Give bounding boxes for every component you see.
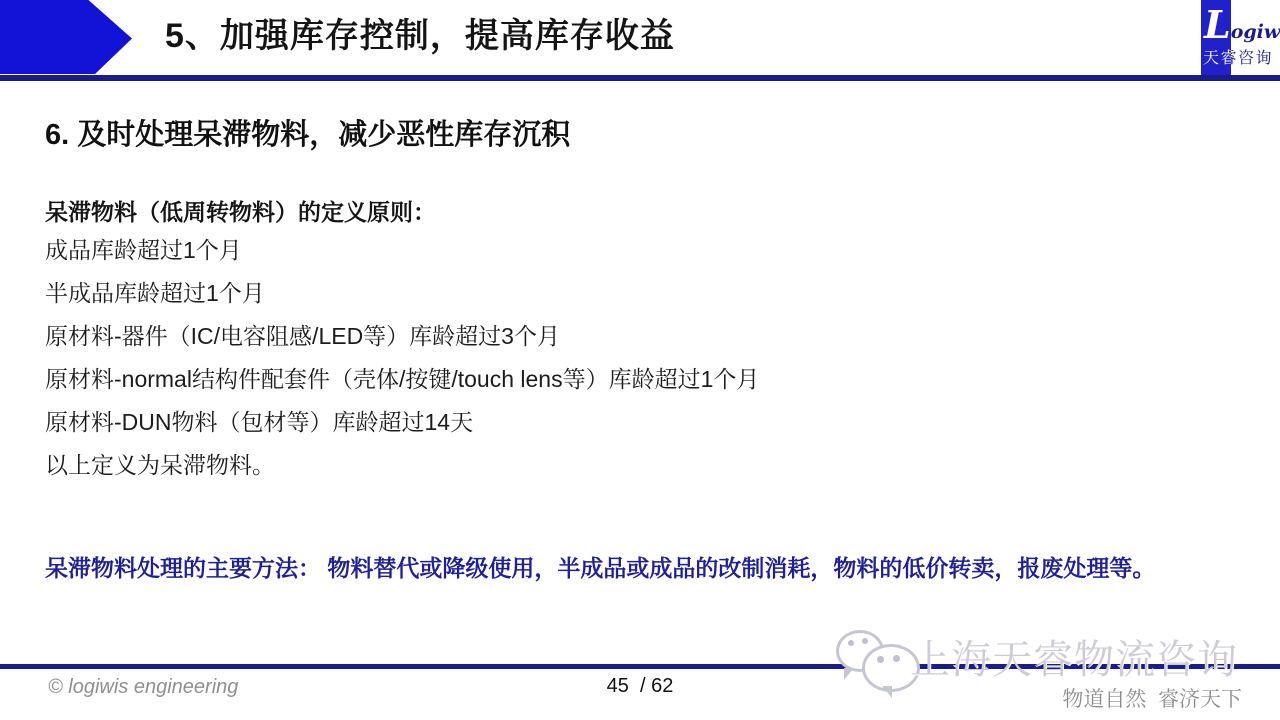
bubble-tail-icon [882,686,892,698]
definition-item: 原材料-器件（IC/电容阻感/LED等）库龄超过3个月 [45,315,759,358]
bubble-eye-icon [877,656,884,663]
presentation-slide: 5、加强库存控制，提高库存收益 Logiwis 天睿咨询 Logiwis 天睿咨… [0,0,1280,720]
definition-item: 原材料-normal结构件配套件（壳体/按键/touch lens等）库龄超过1… [45,358,759,401]
bubble-tail-icon [844,668,854,680]
bubble-eye-icon [848,640,854,646]
bubble-eye-icon [893,655,900,662]
company-watermark: 上海天睿物流咨询 [830,624,1250,690]
definition-item: 原材料-DUN物料（包材等）库龄超过14天 [45,401,759,444]
slide-title: 5、加强库存控制，提高库存收益 [165,14,675,58]
definition-item: 成品库龄超过1个月 [45,229,759,272]
logo-initial-overlay: L [1204,2,1231,47]
section-heading: 6. 及时处理呆滞物料，减少恶性库存沉积 [45,112,570,153]
definition-title: 呆滞物料（低周转物料）的定义原则： [45,194,436,227]
logiwis-logo: Logiwis 天睿咨询 Logiwis 天睿咨询 [1196,0,1280,75]
definition-item: 半成品库龄超过1个月 [45,272,759,315]
definition-item: 以上定义为呆滞物料。 [45,444,759,487]
logo-rest: ogiwis [1231,21,1280,43]
methods-statement: 呆滞物料处理的主要方法： 物料替代或降级使用，半成品或成品的改制消耗，物料的低价… [45,550,1155,583]
header-arrow-shape [0,0,132,74]
bubble-eye-icon [862,638,868,644]
definition-list: 成品库龄超过1个月 半成品库龄超过1个月 原材料-器件（IC/电容阻感/LED等… [45,229,759,487]
watermark-text: 上海天睿物流咨询 [910,628,1238,685]
header-divider-line [0,75,1280,81]
